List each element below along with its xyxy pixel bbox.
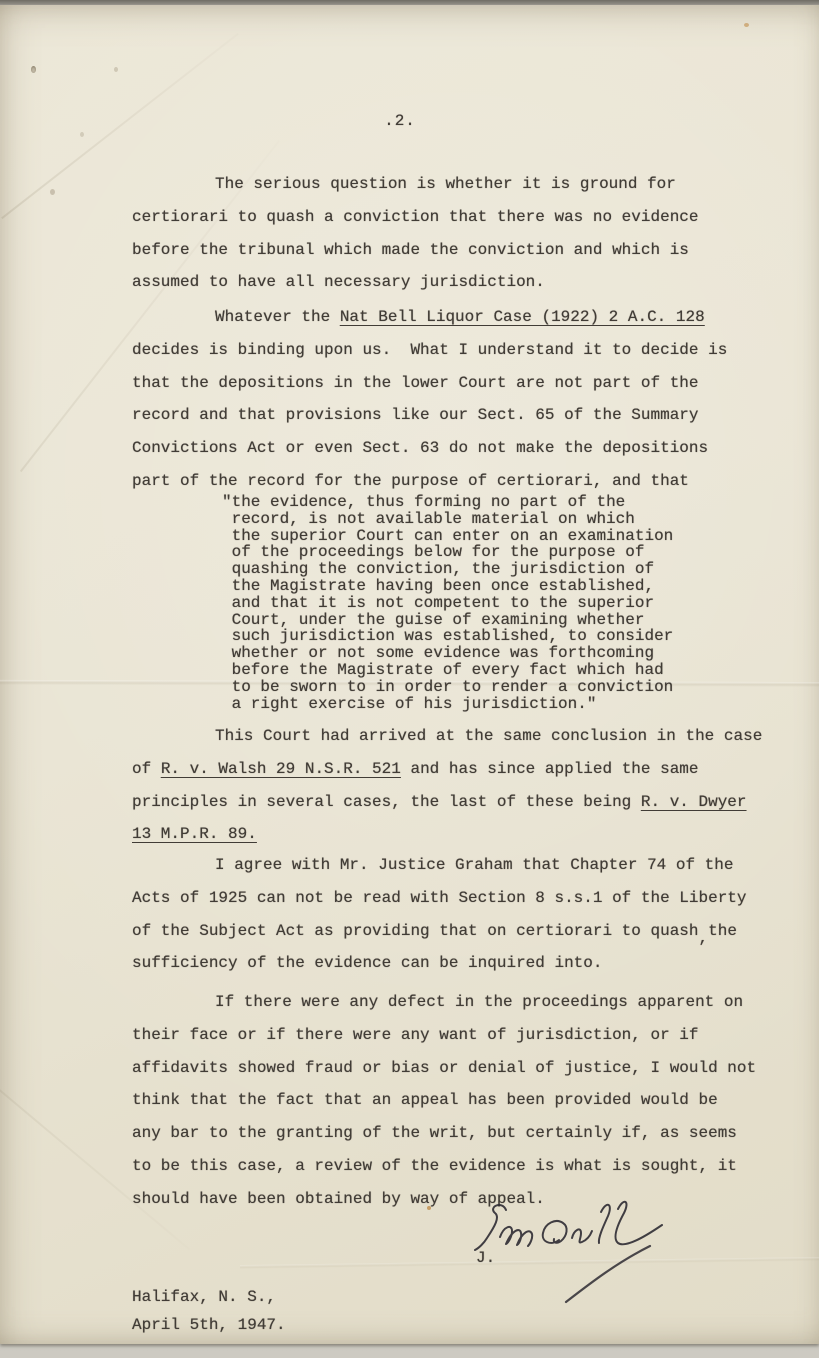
text-line: before the tribunal which made the convi… xyxy=(132,234,699,267)
case-citation-nat-bell: Nat Bell Liquor Case (1922) 2 A.C. 128 xyxy=(340,308,705,326)
text-line: that the depositions in the lower Court … xyxy=(132,367,727,400)
pen-stroke-mark xyxy=(558,1239,662,1309)
text-line: record and that provisions like our Sect… xyxy=(132,399,727,432)
text-line: of the Subject Act as providing that on … xyxy=(132,915,747,948)
quote-line: the superior Court can enter on an exami… xyxy=(232,528,674,545)
text-line: decides is binding upon us. What I under… xyxy=(132,334,727,367)
text-line: Whatever the Nat Bell Liquor Case (1922)… xyxy=(132,301,727,334)
date-line: April 5th, 1947. xyxy=(132,1312,286,1340)
place-line: Halifax, N. S., xyxy=(132,1284,286,1312)
inserted-comma: , xyxy=(699,929,709,947)
quote-line: whether or not some evidence was forthco… xyxy=(232,645,674,662)
text-line: Acts of 1925 can not be read with Sectio… xyxy=(132,882,747,915)
text-line: Convictions Act or even Sect. 63 do not … xyxy=(132,432,727,465)
text-line: sufficiency of the evidence can be inqui… xyxy=(132,947,747,980)
case-citation-dwyer-report: 13 M.P.R. 89. xyxy=(132,825,257,843)
case-citation-dwyer: R. v. Dwyer xyxy=(641,793,747,811)
quote-line: the Magistrate having been once establis… xyxy=(232,578,674,595)
text-segment: principles in several cases, the last of… xyxy=(132,793,641,811)
text-segment: and has since applied the same xyxy=(401,760,699,778)
quote-line: a right exercise of his jurisdiction." xyxy=(232,696,674,713)
text-line: I agree with Mr. Justice Graham that Cha… xyxy=(132,849,747,882)
paragraph-1: The serious question is whether it is gr… xyxy=(132,168,699,299)
text-line: principles in several cases, the last of… xyxy=(132,786,762,819)
text-line: certiorari to quash a conviction that th… xyxy=(132,201,699,234)
text-line: assumed to have all necessary jurisdicti… xyxy=(132,266,699,299)
scanned-document: .2. The serious question is whether it i… xyxy=(0,0,819,1358)
case-citation-walsh: R. v. Walsh 29 N.S.R. 521 xyxy=(161,760,401,778)
quote-line: of the proceedings below for the purpose… xyxy=(232,544,674,561)
text-line: any bar to the granting of the writ, but… xyxy=(132,1117,756,1150)
text-line: 13 M.P.R. 89. xyxy=(132,818,762,851)
text-line: If there were any defect in the proceedi… xyxy=(132,986,756,1019)
text-line: to be this case, a review of the evidenc… xyxy=(132,1150,756,1183)
judge-initial: J. xyxy=(476,1249,495,1267)
dateline: Halifax, N. S., April 5th, 1947. xyxy=(132,1284,286,1339)
typewritten-text-layer: .2. The serious question is whether it i… xyxy=(0,5,819,1344)
text-segment: the xyxy=(708,922,737,940)
block-quote: "the evidence, thus forming no part of t… xyxy=(222,494,673,712)
text-line: This Court had arrived at the same concl… xyxy=(132,720,762,753)
quote-line: Court, under the guise of examining whet… xyxy=(232,612,674,629)
paragraph-4: I agree with Mr. Justice Graham that Cha… xyxy=(132,849,747,980)
text-line: of R. v. Walsh 29 N.S.R. 521 and has sin… xyxy=(132,753,762,786)
quote-line: quashing the conviction, the jurisdictio… xyxy=(232,561,674,578)
quote-line: "the evidence, thus forming no part of t… xyxy=(222,494,673,511)
text-segment: of xyxy=(132,760,161,778)
text-line: their face or if there were any want of … xyxy=(132,1019,756,1052)
text-segment: of the Subject Act as providing that on … xyxy=(132,922,699,940)
text-line: The serious question is whether it is gr… xyxy=(132,168,699,201)
quote-line: before the Magistrate of every fact whic… xyxy=(232,662,674,679)
quote-line: to be sworn to in order to render a conv… xyxy=(232,679,674,696)
text-segment: Whatever the xyxy=(215,308,340,326)
text-line: affidavits showed fraud or bias or denia… xyxy=(132,1052,756,1085)
quote-line: record, is not available material on whi… xyxy=(232,511,674,528)
paragraph-2: Whatever the Nat Bell Liquor Case (1922)… xyxy=(132,301,727,498)
quote-line: and that it is not competent to the supe… xyxy=(232,595,674,612)
text-line: think that the fact that an appeal has b… xyxy=(132,1084,756,1117)
quote-line: such jurisdiction was established, to co… xyxy=(232,628,674,645)
paragraph-3: This Court had arrived at the same concl… xyxy=(132,720,762,851)
paper-sheet: .2. The serious question is whether it i… xyxy=(0,5,819,1344)
paragraph-5: If there were any defect in the proceedi… xyxy=(132,986,756,1216)
page-number: .2. xyxy=(0,112,800,130)
